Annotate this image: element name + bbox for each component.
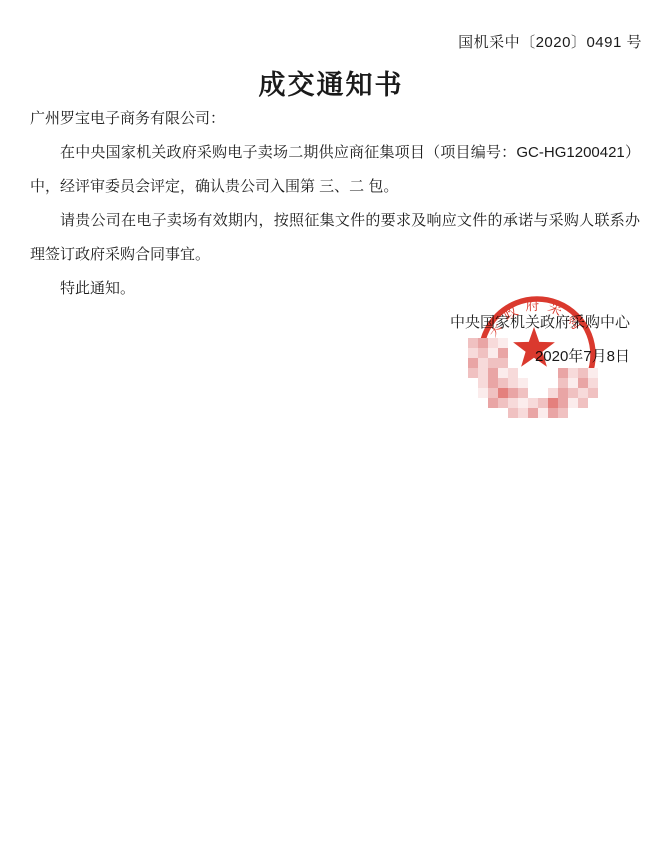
pixelation-block [588,388,598,398]
pixelation-block [538,408,548,418]
pixelation-block [558,408,568,418]
pixelation-block [568,378,578,388]
issuer-signature: 中央国家机关政府采购中心 [0,306,630,340]
page-title: 成交通知书 [0,68,662,102]
pixelation-block [518,388,528,398]
pixelation-block [478,378,488,388]
pixelation-block [488,388,498,398]
pixelation-block [568,388,578,398]
document-body: 广州罗宝电子商务有限公司： 在中央国家机关政府采购电子卖场二期供应商征集项目（项… [0,102,662,306]
addressee-line: 广州罗宝电子商务有限公司： [30,102,640,136]
pixelation-block [508,378,518,388]
pixelation-block [488,398,498,408]
pixelation-block [548,398,558,408]
pixelation-block [578,388,588,398]
issue-date: 2020年7月8日 [0,340,630,374]
pixelation-block [518,378,528,388]
pixelation-block [578,398,588,408]
pixelation-block [518,408,528,418]
pixelation-block [488,378,498,388]
body-paragraph: 在中央国家机关政府采购电子卖场二期供应商征集项目（项目编号：GC-HG12004… [30,136,640,204]
pixelation-block [508,408,518,418]
pixelation-block [518,398,528,408]
pixelation-block [558,398,568,408]
pixelation-block [498,388,508,398]
notice-document-page: 国机采中〔2020〕0491 号 成交通知书 广州罗宝电子商务有限公司： 在中央… [0,0,662,855]
pixelation-block [538,398,548,408]
closing-line: 特此通知。 [30,272,640,306]
pixelation-block [588,378,598,388]
document-reference-number: 国机采中〔2020〕0491 号 [0,0,662,53]
pixelation-block [568,398,578,408]
pixelation-block [508,398,518,408]
pixelation-block [478,388,488,398]
body-paragraph: 请贵公司在电子卖场有效期内，按照征集文件的要求及响应文件的承诺与采购人联系办理签… [30,204,640,272]
pixelation-block [558,378,568,388]
pixelation-block [508,388,518,398]
pixelation-block [528,398,538,408]
pixelation-block [528,408,538,418]
pixelation-block [498,378,508,388]
pixelation-block [548,388,558,398]
signature-block: 中央国家机关政府采购中心 2020年7月8日 [0,306,662,374]
pixelation-block [558,388,568,398]
pixelation-block [548,408,558,418]
pixelation-block [498,398,508,408]
pixelation-block [578,378,588,388]
